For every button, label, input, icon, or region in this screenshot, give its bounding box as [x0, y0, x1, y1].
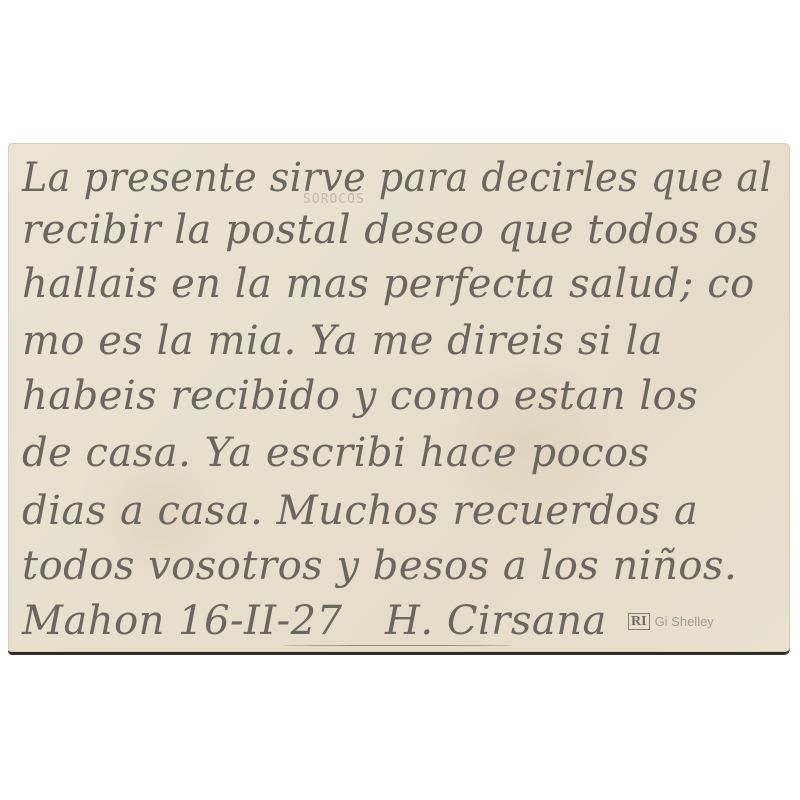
handwritten-line: dias a casa. Muchos recuerdos a	[22, 488, 698, 534]
handwritten-line: habeis recibido y como estan los	[22, 373, 698, 419]
publisher-name: Gi Shelley	[655, 614, 714, 629]
closing-row: Mahon 16-II-27 H. Cirsana	[22, 598, 607, 644]
handwritten-line: todos vosotros y besos a los niños.	[22, 543, 737, 589]
place-date: Mahon 16-II-27	[22, 598, 343, 644]
handwritten-line: de casa. Ya escribi hace pocos	[22, 430, 650, 476]
signature-flourish	[283, 645, 513, 646]
handwritten-line: mo es la mia. Ya me direis si la	[22, 318, 663, 364]
handwritten-line: La presente sirve para decirles que al	[22, 155, 772, 201]
postcard: SOROCOS La presente sirve para decirles …	[8, 143, 790, 654]
handwritten-line: hallais en la mas perfecta salud; co	[22, 261, 755, 307]
signature: H. Cirsana	[385, 598, 607, 644]
publisher-mark: RI Gi Shelley	[628, 613, 714, 630]
publisher-logo-icon: RI	[628, 613, 650, 630]
handwritten-line: recibir la postal deseo que todos os	[22, 207, 759, 253]
